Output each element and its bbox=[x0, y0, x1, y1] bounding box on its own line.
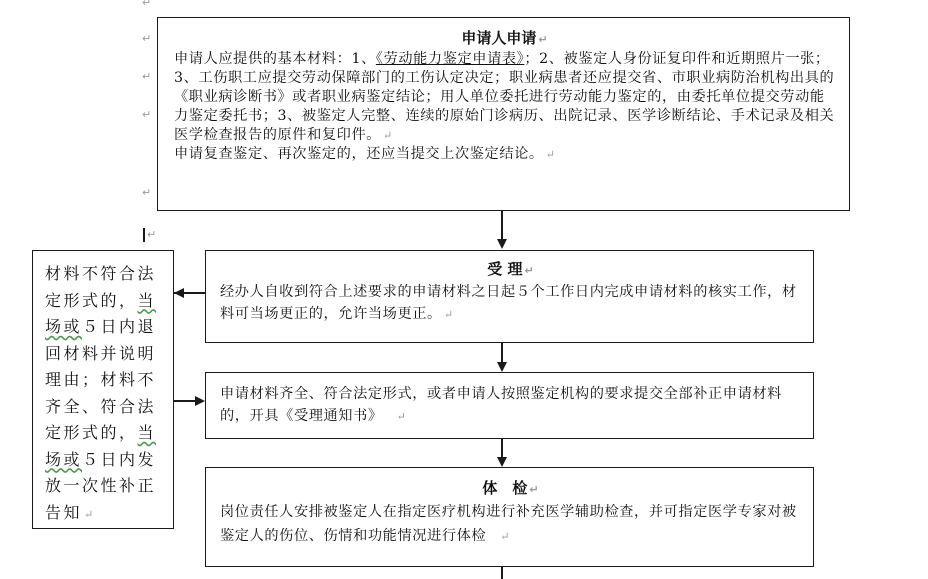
arrow-down-icon bbox=[497, 457, 507, 467]
connector-line bbox=[174, 400, 196, 402]
step-apply-box: 申请人申请↵ 申请人应提供的基本材料：1、《劳动能力鉴定申请表》；2、被鉴定人身… bbox=[157, 17, 850, 211]
return-mark: ↵ bbox=[538, 33, 547, 46]
step-apply-materials: 申请人应提供的基本材料：1、《劳动能力鉴定申请表》；2、被鉴定人身份证复印件和近… bbox=[174, 50, 835, 145]
connector-line bbox=[501, 211, 503, 241]
paragraph-mark: ↵ bbox=[142, 186, 151, 199]
step-exam-text: 岗位责任人安排被鉴定人在指定医疗机构进行补充医学辅助检查，并可指定医学专家对被鉴… bbox=[220, 500, 801, 549]
step-apply-title: 申请人申请↵ bbox=[174, 28, 835, 50]
arrow-down-icon bbox=[497, 362, 507, 372]
paragraph-mark: ↵ bbox=[147, 228, 156, 241]
application-form-link[interactable]: 《劳动能力鉴定申请表》 bbox=[376, 51, 524, 67]
arrow-down-icon bbox=[497, 239, 507, 249]
step-apply-title-text: 申请人申请 bbox=[461, 29, 536, 47]
paragraph-mark: ↵ bbox=[142, 0, 151, 9]
return-mark: ↵ bbox=[397, 410, 407, 423]
arrow-left-icon bbox=[174, 288, 184, 298]
step-accept-box: 受 理↵ 经办人自收到符合上述要求的申请材料之日起５个工作日内完成申请材料的核实… bbox=[205, 250, 814, 343]
step-apply-note: 申请复查鉴定、再次鉴定的，还应当提交上次鉴定结论。↵ bbox=[174, 145, 835, 164]
side-rejection-text: 材料不符合法定形式的，当场或５日内退回材料并说明理由；材料不齐全、符合法定形式的… bbox=[45, 261, 165, 528]
paragraph-mark: ↵ bbox=[142, 108, 151, 121]
return-mark: ↵ bbox=[500, 530, 510, 543]
side-rejection-box: 材料不符合法定形式的，当场或５日内退回材料并说明理由；材料不齐全、符合法定形式的… bbox=[32, 250, 174, 529]
return-mark: ↵ bbox=[529, 483, 538, 496]
step-accept-text: 经办人自收到符合上述要求的申请材料之日起５个工作日内完成申请材料的核实工作，材料… bbox=[220, 281, 801, 326]
accept-description: 经办人自收到符合上述要求的申请材料之日起５个工作日内完成申请材料的核实工作，材料… bbox=[220, 284, 797, 322]
step-exam-title: 体 检↵ bbox=[220, 478, 801, 500]
step-exam-box: 体 检↵ 岗位责任人安排被鉴定人在指定医疗机构进行补充医学辅助检查，并可指定医学… bbox=[205, 467, 814, 567]
text-cursor bbox=[143, 228, 145, 242]
return-mark: ↵ bbox=[84, 508, 96, 521]
return-mark: ↵ bbox=[444, 308, 454, 321]
connector-line bbox=[501, 439, 503, 459]
step-accept-title: 受 理↵ bbox=[220, 259, 801, 281]
return-mark: ↵ bbox=[546, 148, 556, 161]
paragraph-mark: ↵ bbox=[142, 70, 151, 83]
paragraph-mark: ↵ bbox=[142, 32, 151, 45]
return-mark: ↵ bbox=[383, 129, 393, 142]
step-notice-box: 申请材料齐全、符合法定形式，或者申请人按照鉴定机构的要求提交全部补正申请材料的，… bbox=[205, 372, 814, 439]
connector-line bbox=[501, 567, 503, 579]
step-accept-title-text: 受 理 bbox=[487, 260, 522, 278]
step-notice-text: 申请材料齐全、符合法定形式，或者申请人按照鉴定机构的要求提交全部补正申请材料的，… bbox=[220, 383, 801, 428]
arrow-right-icon bbox=[195, 396, 205, 406]
review-note: 申请复查鉴定、再次鉴定的，还应当提交上次鉴定结论。 bbox=[174, 146, 544, 162]
materials-intro: 申请人应提供的基本材料：1、 bbox=[174, 51, 376, 67]
step-exam-title-text: 体 检 bbox=[482, 479, 527, 497]
notice-description: 申请材料齐全、符合法定形式，或者申请人按照鉴定机构的要求提交全部补正申请材料的，… bbox=[220, 386, 782, 424]
return-mark: ↵ bbox=[525, 264, 534, 277]
